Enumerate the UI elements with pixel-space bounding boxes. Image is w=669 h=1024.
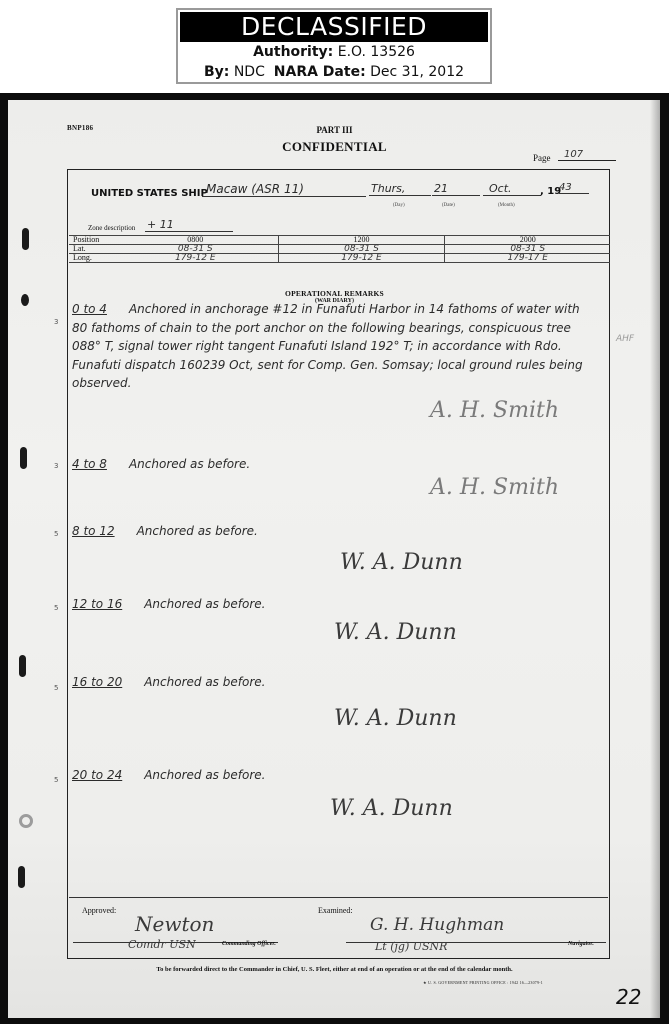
log-entry-16-20: 16 to 20Anchored as before. [72, 673, 592, 692]
declassified-stamp: DECLASSIFIED Authority: E.O. 13526 By: N… [176, 8, 492, 84]
approved-label: Approved: [82, 906, 116, 915]
margin-note: AHF [616, 334, 634, 344]
approved-signature: Newton [135, 912, 214, 936]
margin-mark: 5 [54, 684, 58, 692]
date-field: 21 [432, 182, 480, 196]
navigator-caption: Navigator. [568, 941, 594, 947]
signature: A. H. Smith [430, 475, 559, 500]
examined-signature: G. H. Hughman [370, 915, 504, 935]
log-entry-4-8: 4 to 8Anchored as before. [72, 455, 592, 474]
ship-label: UNITED STATES SHIP [91, 188, 208, 199]
entry-text: Anchored as before. [144, 675, 265, 689]
log-entry-20-24: 20 to 24Anchored as before. [72, 766, 592, 785]
remarks-title: OPERATIONAL REMARKS [0, 289, 669, 298]
signature: W. A. Dunn [334, 706, 457, 731]
entry-text: Anchored as before. [129, 457, 250, 471]
day-caption: (Day) [393, 203, 405, 208]
page-edge-shadow [650, 100, 660, 1018]
margin-mark: 5 [54, 604, 58, 612]
long-2000: 179-17 E [445, 254, 610, 263]
binder-ring-icon [19, 814, 33, 828]
entry-text: Anchored as before. [144, 597, 265, 611]
zone-label: Zone description [88, 224, 135, 232]
signature: W. A. Dunn [340, 550, 463, 575]
longitude-row: Long. 179-12 E 179-12 E 179-17 E [69, 254, 610, 263]
margin-mark: 3 [54, 318, 58, 326]
signature: W. A. Dunn [334, 620, 457, 645]
long-0800: 179-12 E [113, 254, 278, 263]
long-1200: 179-12 E [278, 254, 445, 263]
margin-mark: 5 [54, 530, 58, 538]
log-entry-8-12: 8 to 12Anchored as before. [72, 522, 592, 541]
commanding-officer-caption: Commanding Officer. [222, 941, 276, 947]
margin-mark: 5 [54, 776, 58, 784]
position-table: Position 0800 1200 2000 Lat. 08-31 S 08-… [69, 235, 610, 263]
binder-clip-icon [22, 228, 29, 250]
printer-imprint: ★ U. S. GOVERNMENT PRINTING OFFICE : 194… [423, 980, 543, 985]
row-label: Long. [69, 254, 113, 263]
watch-label: 0 to 4 [72, 302, 107, 316]
page-label: Page [533, 153, 551, 163]
approved-rank: Comdr USN [128, 938, 196, 951]
sheet-number: 22 [616, 985, 641, 1009]
forwarding-instruction: To be forwarded direct to the Commander … [0, 966, 669, 973]
stamp-title: DECLASSIFIED [180, 12, 488, 42]
stamp-by-date: By: NDC NARA Date: Dec 31, 2012 [178, 62, 490, 82]
binder-clip-icon [19, 655, 26, 677]
watch-label: 4 to 8 [72, 457, 107, 471]
month-caption: (Month) [498, 203, 515, 208]
binder-clip-icon [18, 866, 25, 888]
page-number-field: 107 [558, 149, 616, 161]
entry-text: Anchored as before. [144, 768, 265, 782]
binder-clip-icon [20, 447, 27, 469]
margin-mark: 3 [54, 462, 58, 470]
signature: W. A. Dunn [330, 796, 453, 821]
watch-label: 8 to 12 [72, 524, 115, 538]
ship-name-field: Macaw (ASR 11) [202, 182, 366, 197]
watch-label: 16 to 20 [72, 675, 122, 689]
date-caption: (Date) [442, 203, 455, 208]
part-heading: PART III [0, 125, 669, 135]
signature: A. H. Smith [430, 398, 559, 423]
entry-text: Anchored in anchorage #12 in Funafuti Ha… [72, 302, 583, 390]
month-field: Oct. [483, 182, 541, 196]
year-field: 43 [559, 182, 589, 194]
zone-field: + 11 [145, 218, 233, 232]
watch-label: 12 to 16 [72, 597, 122, 611]
log-form-frame [67, 169, 610, 959]
day-field: Thurs, [369, 182, 431, 196]
examined-label: Examined: [318, 906, 353, 915]
log-entry-12-16: 12 to 16Anchored as before. [72, 595, 592, 614]
stamp-authority: Authority: E.O. 13526 [178, 42, 490, 62]
log-entry-0-4: 0 to 4Anchored in anchorage #12 in Funaf… [72, 300, 592, 393]
signoff-divider [69, 897, 608, 898]
watch-label: 20 to 24 [72, 768, 122, 782]
entry-text: Anchored as before. [137, 524, 258, 538]
examined-rank: Lt (jg) USNR [375, 940, 447, 953]
